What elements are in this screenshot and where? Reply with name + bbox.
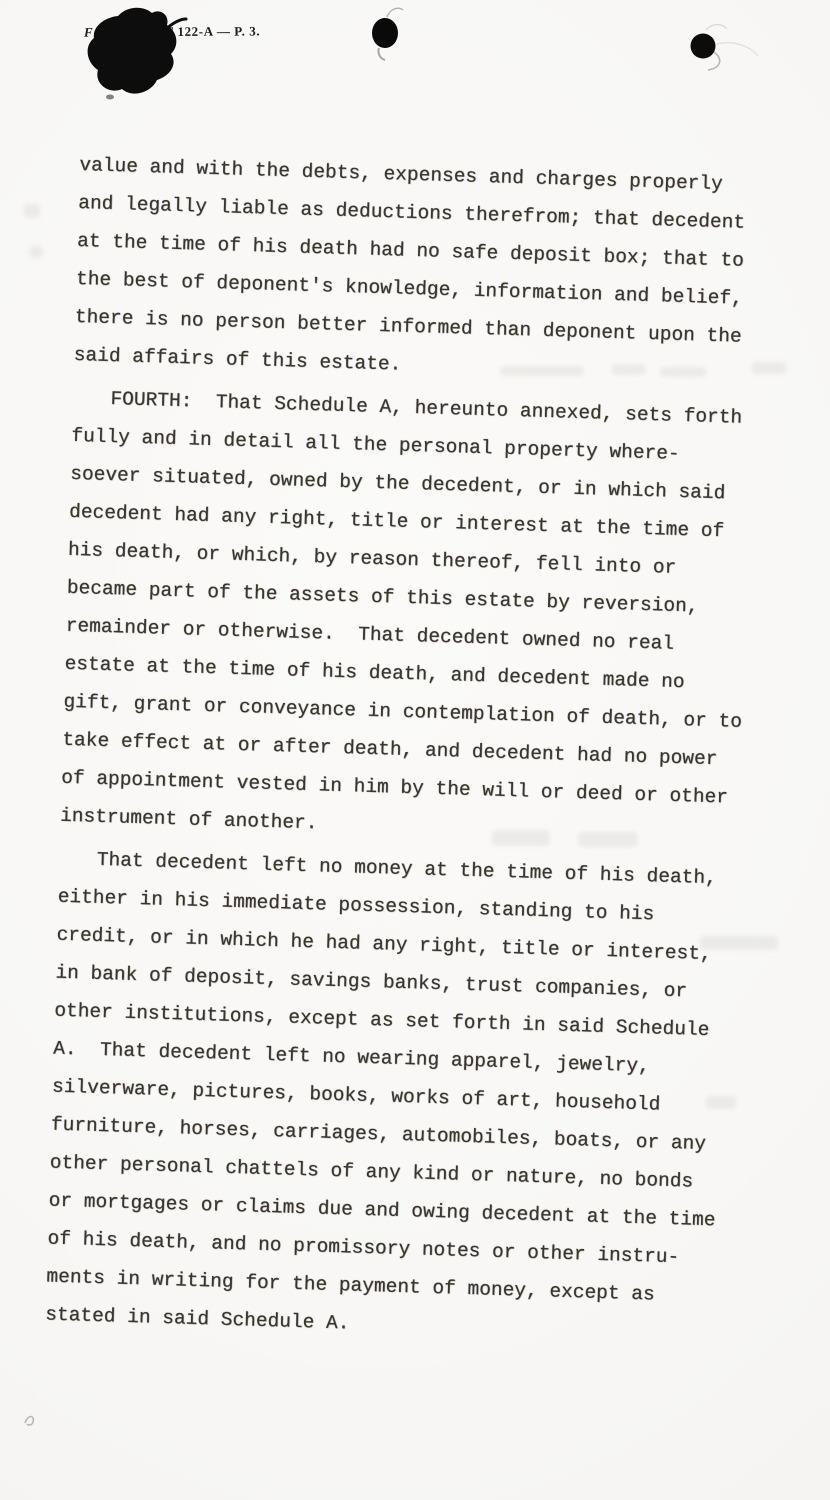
ink-blot-mark (80, 2, 202, 104)
scanned-document-page: FTT 122-A — P. 3. value and with the deb… (0, 0, 830, 1500)
paragraph: value and with the debts, expenses and c… (73, 146, 785, 395)
corner-scratch-mark (22, 1410, 42, 1430)
smudge-mark (30, 246, 43, 258)
paragraph: FOURTH: That Schedule A, hereunto annexe… (60, 379, 779, 856)
ink-dot-left (363, 6, 411, 68)
smudge-mark (24, 204, 40, 218)
ink-dot-right (678, 22, 764, 78)
document-body: value and with the debts, expenses and c… (45, 146, 786, 1354)
paragraph: That decedent left no money at the time … (45, 840, 765, 1355)
